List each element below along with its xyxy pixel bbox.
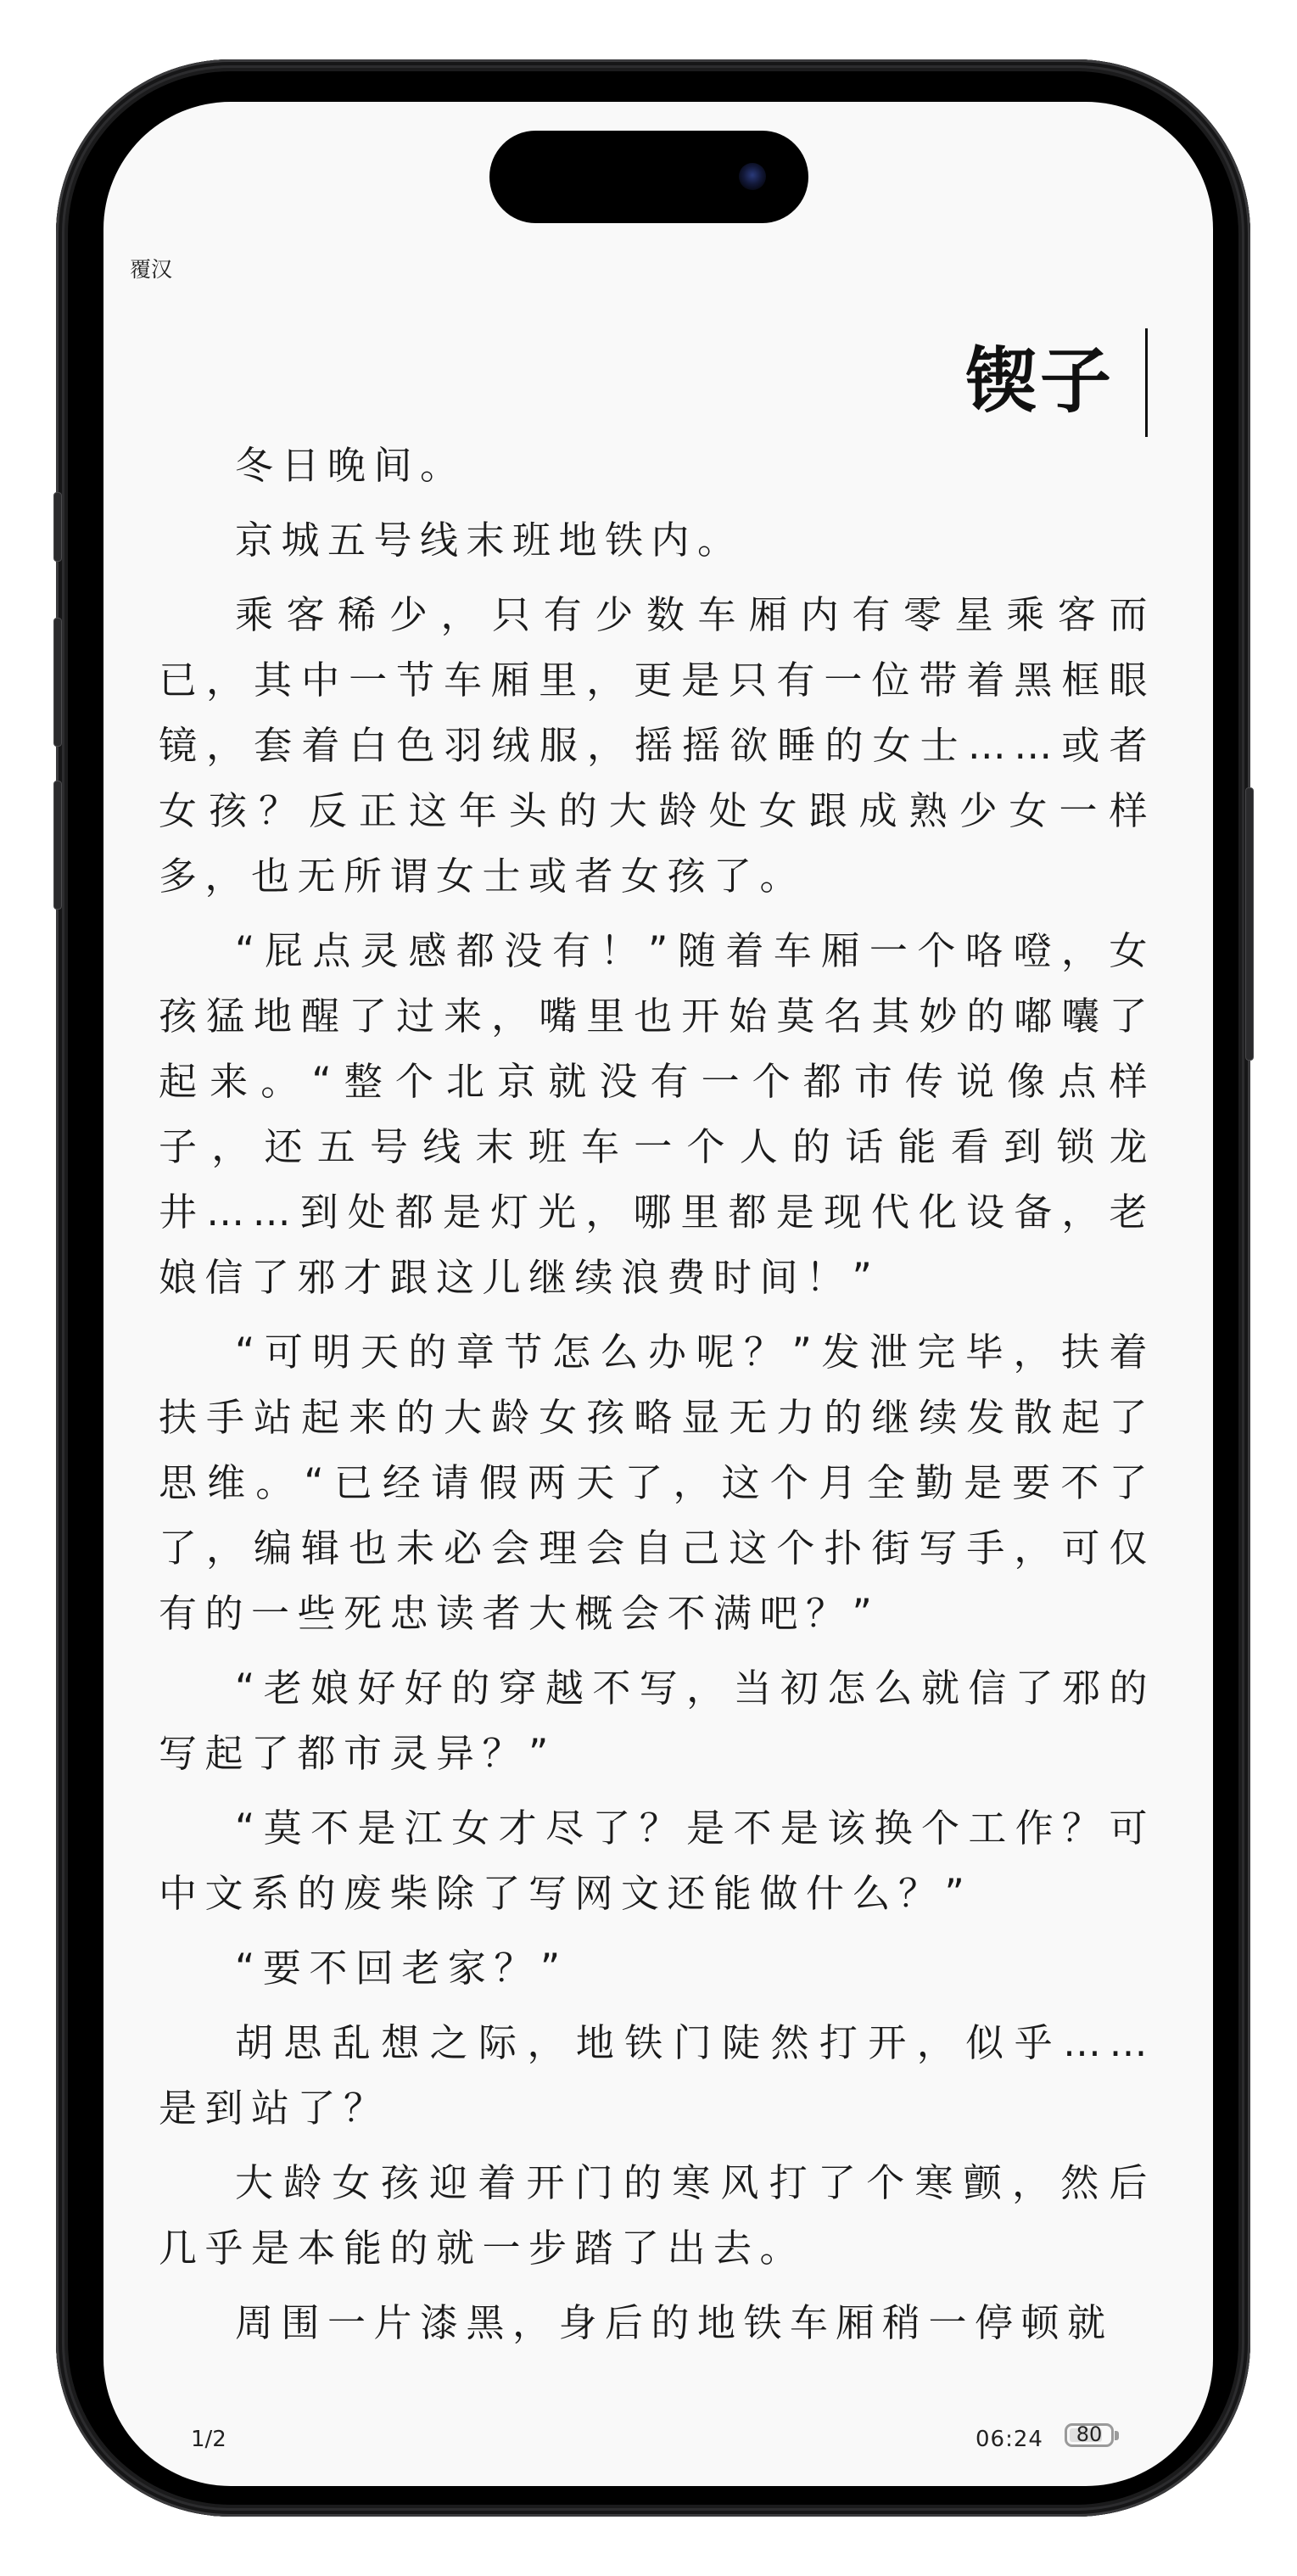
battery-icon: 80	[1065, 2423, 1114, 2447]
reader-screen[interactable]: 覆汉 锲子 冬日晚间。 京城五号线末班地铁内。 乘客稀少，只有少数车厢内有零星乘…	[103, 102, 1213, 2486]
paragraph: 乘客稀少，只有少数车厢内有零星乘客而已，其中一节车厢里，更是只有一位带着黑框眼镜…	[159, 582, 1155, 909]
paragraph: “要不回老家？”	[159, 1935, 1155, 2001]
paragraph: 胡思乱想之际，地铁门陡然打开，似乎……是到站了？	[159, 2010, 1155, 2141]
front-camera-icon	[739, 163, 766, 190]
book-title: 覆汉	[130, 253, 172, 283]
paragraph: “屁点灵感都没有！”随着车厢一个咯噔，女孩猛地醒了过来，嘴里也开始莫名其妙的嘟囔…	[159, 918, 1155, 1310]
volume-down-button	[53, 781, 62, 910]
paragraph: 冬日晚间。	[159, 433, 1155, 498]
action-button	[53, 492, 62, 562]
chapter-title-rule	[1145, 328, 1148, 437]
paragraph: 大龄女孩迎着开门的寒风打了个寒颤，然后几乎是本能的就一步踏了出去。	[159, 2150, 1155, 2281]
paragraph: “莫不是江女才尽了？是不是该换个工作？可中文系的废柴除了写网文还能做什么？”	[159, 1795, 1155, 1926]
battery-level: 80	[1067, 2422, 1111, 2446]
page-indicator: 1/2	[191, 2427, 226, 2452]
paragraph: “可明天的章节怎么办呢？”发泄完毕，扶着扶手站起来的大龄女孩略显无力的继续发散起…	[159, 1319, 1155, 1646]
clock: 06:24	[976, 2427, 1043, 2452]
dynamic-island	[489, 131, 808, 223]
chapter-title: 锲子	[965, 324, 1115, 427]
battery-nub	[1115, 2431, 1119, 2440]
volume-up-button	[53, 618, 62, 747]
power-button	[1245, 787, 1254, 1061]
paragraph: 周围一片漆黑，身后的地铁车厢稍一停顿就	[159, 2290, 1155, 2355]
paragraph: “老娘好好的穿越不写，当初怎么就信了邪的写起了都市灵异？”	[159, 1655, 1155, 1786]
paragraph: 京城五号线末班地铁内。	[159, 507, 1155, 573]
chapter-content[interactable]: 冬日晚间。 京城五号线末班地铁内。 乘客稀少，只有少数车厢内有零星乘客而已，其中…	[159, 433, 1155, 2365]
